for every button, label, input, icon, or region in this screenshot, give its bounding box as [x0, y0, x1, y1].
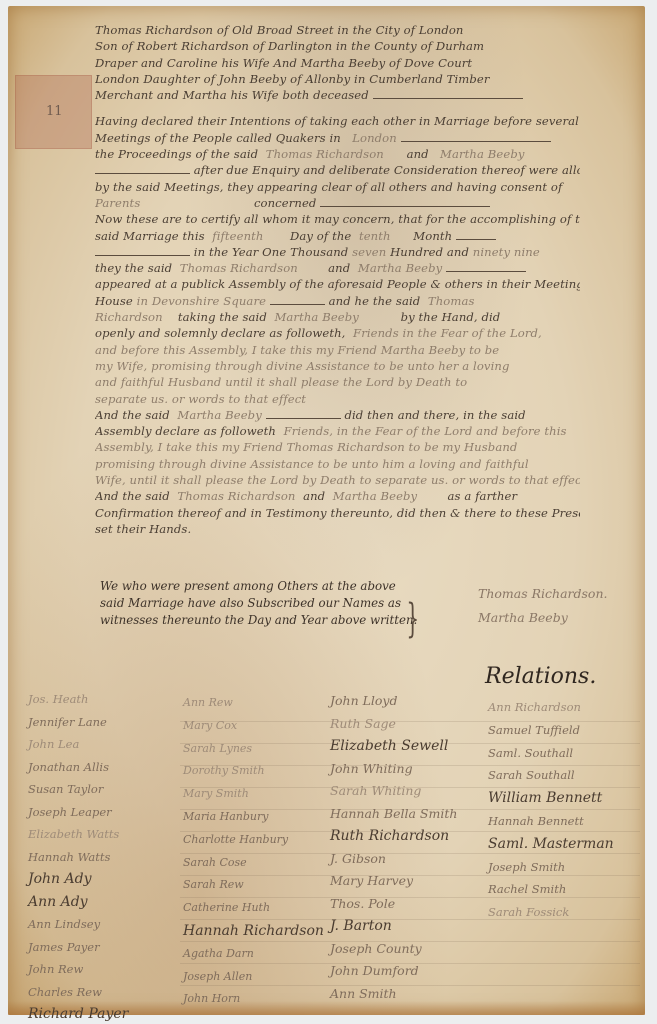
witness-signature: Catherine Huth	[183, 897, 324, 920]
text-line: Meetings of the People called Quakers in…	[95, 130, 580, 146]
blank-rule	[266, 409, 341, 419]
brace-icon: }	[406, 596, 419, 642]
witness-signature: J. Barton	[330, 915, 457, 938]
bride-declaration-paragraph: And the said Martha Beeby did then and t…	[95, 407, 580, 537]
text-fragment: they the said	[95, 261, 172, 275]
witness-statement-line: witnesses thereunto the Day and Year abo…	[100, 612, 430, 629]
text-fragment: concerned	[254, 196, 317, 210]
relation-signature: Sarah Fossick	[488, 901, 614, 924]
witness-signature: J. Gibson	[330, 848, 457, 871]
parties-paragraph: Thomas Richardson of Old Broad Street in…	[95, 22, 580, 103]
text-line: appeared at a publick Assembly of the af…	[95, 276, 580, 292]
witness-signature: Maria Hanbury	[183, 806, 324, 829]
witness-signature: Richard Payer	[28, 1003, 128, 1024]
witness-signature: Elizabeth Watts	[28, 823, 128, 846]
text-line: set their Hands.	[95, 521, 580, 537]
witness-signature: John Horn	[183, 988, 324, 1011]
text-line: Richardson taking the said Martha Beeby …	[95, 309, 580, 325]
witness-column-1: Jos. Heath Jennifer Lane John Lea Jonath…	[28, 688, 128, 1024]
meeting-house-field: in Devonshire Square	[137, 294, 266, 308]
text-fragment: did then and there, in the said	[344, 408, 525, 422]
witness-signature: John Lloyd	[330, 690, 457, 713]
text-line: Confirmation thereof and in Testimony th…	[95, 505, 580, 521]
text-line: in the Year One Thousand seven Hundred a…	[95, 244, 580, 260]
groom-first-field: Thomas	[428, 294, 475, 308]
relation-signature: Sarah Southall	[488, 764, 614, 787]
text-fragment: openly and solemnly declare as followeth…	[95, 326, 345, 340]
certification-paragraph: Now these are to certify all whom it may…	[95, 211, 580, 407]
witness-signature: Ann Lindsey	[28, 913, 128, 936]
witness-signature: Susan Taylor	[28, 778, 128, 801]
witness-signature: Joseph County	[330, 938, 457, 961]
bride-signature: Martha Beeby	[478, 606, 607, 630]
bride-name-field: Martha Beeby	[177, 408, 261, 422]
relations-column: Ann Richardson Samuel Tuffield Saml. Sou…	[488, 696, 614, 924]
day-field: fifteenth	[212, 229, 263, 243]
text-line: they the said Thomas Richardson and Mart…	[95, 260, 580, 276]
text-fragment: Hundred and	[390, 245, 469, 259]
declaration-paragraph: Having declared their Intentions of taki…	[95, 113, 580, 211]
year-field: ninety nine	[473, 245, 540, 259]
witness-signature: John Dumford	[330, 960, 457, 983]
consent-field: Parents	[95, 196, 140, 210]
certificate-body: Thomas Richardson of Old Broad Street in…	[95, 22, 580, 537]
text-fragment: Meetings of the People called Quakers in	[95, 131, 341, 145]
witness-signature: James Payer	[28, 936, 128, 959]
blank-rule	[446, 262, 526, 272]
relation-signature: Saml. Masterman	[488, 833, 614, 856]
witness-signature: Agatha Darn	[183, 943, 324, 966]
text-line: And the said Martha Beeby did then and t…	[95, 407, 580, 423]
witness-signature: John Ady	[28, 868, 128, 891]
witness-signature: Sarah Rew	[183, 874, 324, 897]
witness-signature: Elizabeth Sewell	[330, 735, 457, 758]
text-line: Thomas Richardson of Old Broad Street in…	[95, 22, 580, 38]
century-field: seven	[352, 245, 386, 259]
relation-signature: Saml. Southall	[488, 742, 614, 765]
witness-signature: Mary Smith	[183, 783, 324, 806]
bride-vow-line: Assembly, I take this my Friend Thomas R…	[95, 439, 580, 455]
text-line: openly and solemnly declare as followeth…	[95, 325, 580, 341]
groom-name-field: Thomas Richardson	[266, 147, 384, 161]
bride-vow-line: Wife, until it shall please the Lord by …	[95, 472, 580, 488]
text-fragment: and	[303, 489, 325, 503]
text-line: Having declared their Intentions of taki…	[95, 113, 580, 129]
groom-vow-text: Friends in the Fear of the Lord,	[353, 326, 542, 340]
stamp-seal: 11	[15, 75, 92, 149]
text-line: London Daughter of John Beeby of Allonby…	[95, 71, 580, 87]
blank-rule	[373, 89, 523, 99]
groom-vow-line: separate us. or words to that effect	[95, 391, 580, 407]
text-fragment: as a farther	[448, 489, 518, 503]
text-line: after due Enquiry and deliberate Conside…	[95, 162, 580, 178]
text-fragment: Month	[413, 229, 452, 243]
text-fragment: the Proceedings of the said	[95, 147, 258, 161]
text-line: Son of Robert Richardson of Darlington i…	[95, 38, 580, 54]
stamp-mark: 11	[46, 104, 63, 119]
witness-signature: John Lea	[28, 733, 128, 756]
text-fragment: taking the said	[178, 310, 267, 324]
text-fragment: And the said	[95, 489, 170, 503]
witness-signature: Sarah Lynes	[183, 738, 324, 761]
text-fragment: And the said	[95, 408, 170, 422]
text-fragment: and	[328, 261, 350, 275]
text-line: Now these are to certify all whom it may…	[95, 211, 580, 227]
relation-signature: Hannah Bennett	[488, 810, 614, 833]
relation-signature: Rachel Smith	[488, 878, 614, 901]
groom-signature: Thomas Richardson.	[478, 582, 607, 606]
witness-statement: We who were present among Others at the …	[100, 578, 430, 629]
text-line: House in Devonshire Square and he the sa…	[95, 293, 580, 309]
witness-signature: John Whiting	[330, 758, 457, 781]
groom-name-field: Thomas Richardson	[177, 489, 295, 503]
text-fragment: after due Enquiry and deliberate Conside…	[194, 163, 580, 177]
witness-signature: Joseph Leaper	[28, 801, 128, 824]
witness-column-3: John Lloyd Ruth Sage Elizabeth Sewell Jo…	[330, 690, 457, 1005]
witness-signature: Thos. Pole	[330, 893, 457, 916]
relations-heading: Relations.	[485, 664, 596, 689]
witness-statement-line: said Marriage have also Subscribed our N…	[100, 595, 430, 612]
relation-signature: Samuel Tuffield	[488, 719, 614, 742]
text-fragment: in the Year One Thousand	[194, 245, 349, 259]
meeting-place-field: London	[352, 131, 397, 145]
witness-statement-line: We who were present among Others at the …	[100, 578, 430, 595]
witness-signature: Mary Cox	[183, 715, 324, 738]
blank-rule	[270, 295, 325, 305]
blank-rule	[401, 132, 551, 142]
witness-signature: Ann Smith	[330, 983, 457, 1006]
relation-signature: Joseph Smith	[488, 856, 614, 879]
text-line: Parents concerned	[95, 195, 580, 211]
text-fragment: and he the said	[329, 294, 421, 308]
groom-vow-line: and faithful Husband until it shall plea…	[95, 374, 580, 390]
groom-name-field: Thomas Richardson	[180, 261, 298, 275]
witness-signature: Jos. Heath	[28, 688, 128, 711]
blank-rule	[95, 164, 190, 174]
witness-column-2: Ann Rew Mary Cox Sarah Lynes Dorothy Smi…	[183, 692, 324, 1011]
couple-signatures: Thomas Richardson. Martha Beeby	[478, 582, 607, 630]
month-field: tenth	[359, 229, 391, 243]
witness-signature: Hannah Watts	[28, 846, 128, 869]
witness-signature: Charlotte Hanbury	[183, 829, 324, 852]
witness-signature: Joseph Allen	[183, 966, 324, 989]
witness-signature: Sarah Whiting	[330, 780, 457, 803]
witness-signature: Dorothy Smith	[183, 760, 324, 783]
bride-vow-line: promising through divine Assistance to b…	[95, 456, 580, 472]
witness-signature: Hannah Richardson	[183, 920, 324, 943]
witness-signature: Charles Rew	[28, 981, 128, 1004]
text-line: by the said Meetings, they appearing cle…	[95, 179, 580, 195]
witness-signature: John Rew	[28, 958, 128, 981]
text-fragment: said Marriage this	[95, 229, 205, 243]
bride-vow-text: Friends, in the Fear of the Lord and bef…	[284, 424, 567, 438]
text-line: Assembly declare as followeth Friends, i…	[95, 423, 580, 439]
text-line: And the said Thomas Richardson and Marth…	[95, 488, 580, 504]
text-fragment: House	[95, 294, 133, 308]
bride-name-field: Martha Beeby	[333, 489, 417, 503]
witness-signature: Ann Ady	[28, 891, 128, 914]
text-line: Draper and Caroline his Wife And Martha …	[95, 55, 580, 71]
bride-name-field: Martha Beeby	[358, 261, 442, 275]
text-fragment: and	[407, 147, 429, 161]
text-fragment: by the Hand, did	[401, 310, 501, 324]
groom-vow-line: my Wife, promising through divine Assist…	[95, 358, 580, 374]
groom-vow-line: and before this Assembly, I take this my…	[95, 342, 580, 358]
witness-signature: Mary Harvey	[330, 870, 457, 893]
witness-signature: Ruth Richardson	[330, 825, 457, 848]
witness-signature: Jennifer Lane	[28, 711, 128, 734]
bride-name-field: Martha Beeby	[274, 310, 358, 324]
witness-signature: Sarah Cose	[183, 852, 324, 875]
witness-signature: Ruth Sage	[330, 713, 457, 736]
bride-name-field: Martha Beeby	[440, 147, 524, 161]
witness-signature: Hannah Bella Smith	[330, 803, 457, 826]
text-fragment: Merchant and Martha his Wife both deceas…	[95, 88, 369, 102]
witness-signature: Jonathan Allis	[28, 756, 128, 779]
witness-signature: Ann Rew	[183, 692, 324, 715]
blank-rule	[95, 246, 190, 256]
text-line: Merchant and Martha his Wife both deceas…	[95, 87, 580, 103]
text-line: said Marriage this fifteenth Day of the …	[95, 228, 580, 244]
groom-last-field: Richardson	[95, 310, 163, 324]
relation-signature: William Bennett	[488, 787, 614, 810]
text-fragment: Day of the	[290, 229, 351, 243]
relation-signature: Ann Richardson	[488, 696, 614, 719]
text-line: the Proceedings of the said Thomas Richa…	[95, 146, 580, 162]
blank-rule	[456, 230, 496, 240]
text-fragment: Assembly declare as followeth	[95, 424, 276, 438]
blank-rule	[320, 197, 490, 207]
